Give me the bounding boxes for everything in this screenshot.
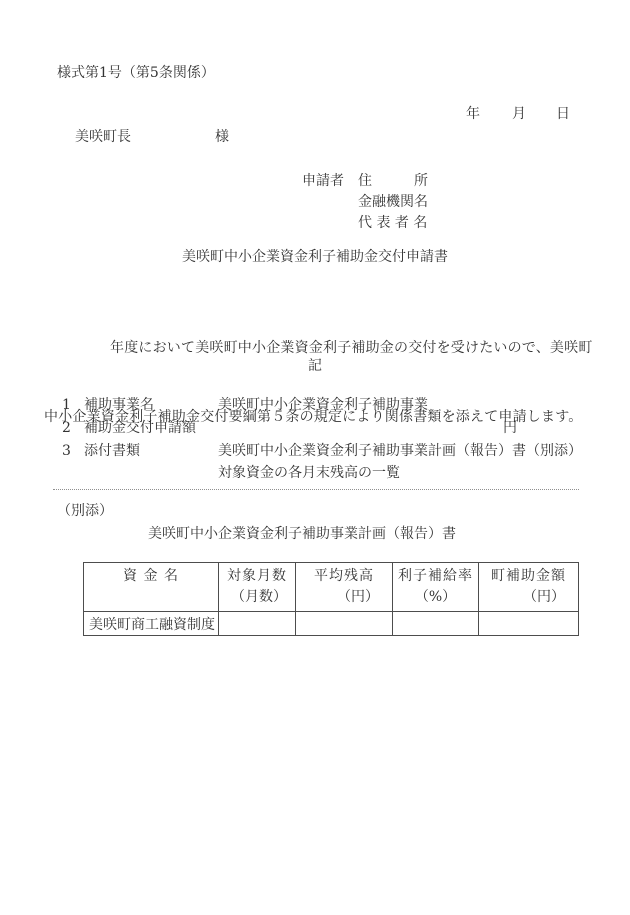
date-day-label: 日 — [556, 105, 570, 123]
col-header-interest-subsidy-rate: 利子補給率 （%） — [393, 563, 479, 612]
item-value-attached-document-1: 美咲町中小企業資金利子補助事業計画（報告）書（別添） — [218, 442, 582, 460]
document-title: 美咲町中小企業資金利子補助金交付申請書 — [0, 248, 630, 266]
col-header-interest-subsidy-rate-label: 利子補給率 — [393, 566, 478, 587]
list-heading: 記 — [0, 357, 630, 375]
item-label-application-amount: 補助金交付申請額 — [84, 419, 196, 437]
list-item-1: 1 補助事業名 美咲町中小企業資金利子補助事業 — [0, 396, 630, 416]
item-number: 1 — [62, 396, 71, 414]
date-year-label: 年 — [466, 105, 480, 123]
list-item-2: 2 補助金交付申請額 円 — [0, 419, 630, 439]
cell-fund-name: 美咲町商工融資制度 — [84, 612, 219, 636]
divider-dotted-line — [53, 489, 579, 490]
list-item-3: 3 添付書類 美咲町中小企業資金利子補助事業計画（報告）書（別添） — [0, 442, 630, 462]
col-header-target-months: 対象月数 （月数） — [219, 563, 296, 612]
item-value-subsidy-project-name: 美咲町中小企業資金利子補助事業 — [218, 396, 428, 414]
item-label-subsidy-project-name: 補助事業名 — [84, 396, 154, 414]
col-header-target-months-label: 対象月数 — [219, 566, 295, 587]
col-header-town-subsidy-amount-label: 町補助金額 — [479, 566, 578, 587]
cell-average-balance — [296, 612, 393, 636]
applicant-label: 申請者 — [302, 172, 344, 190]
col-header-town-subsidy-amount-unit: （円） — [479, 587, 578, 607]
item-number: 2 — [62, 419, 71, 437]
form-number-label: 様式第1号（第5条関係） — [57, 64, 215, 82]
document-page: 様式第1号（第5条関係） 年 月 日 美咲町長 様 申請者 住 所 金融機関名 … — [0, 0, 630, 915]
cell-interest-subsidy-rate — [393, 612, 479, 636]
col-header-average-balance: 平均残高 （円） — [296, 563, 393, 612]
col-header-fund-name: 資 金 名 — [84, 563, 219, 612]
addressee-name: 美咲町長 — [75, 128, 131, 146]
col-header-average-balance-unit: （円） — [296, 587, 392, 607]
col-header-town-subsidy-amount: 町補助金額 （円） — [479, 563, 579, 612]
date-month-label: 月 — [512, 105, 526, 123]
col-header-fund-name-label: 資 金 名 — [84, 566, 218, 587]
attachment-title: 美咲町中小企業資金利子補助事業計画（報告）書 — [0, 525, 604, 543]
col-header-average-balance-label: 平均残高 — [296, 566, 392, 587]
col-header-interest-subsidy-rate-unit: （%） — [393, 587, 478, 607]
list-item-3-continued: 対象資金の各月末残高の一覧 — [0, 464, 630, 484]
attachment-label: （別添） — [57, 502, 113, 520]
applicant-bank-name-label: 金融機関名 — [358, 193, 428, 211]
currency-unit-label: 円 — [503, 419, 517, 437]
table-header-row: 資 金 名 対象月数 （月数） 平均残高 （円） 利子補給率 （%） 町補助金額 — [84, 563, 579, 612]
item-value-attached-document-2: 対象資金の各月末残高の一覧 — [218, 464, 400, 482]
plan-report-table: 資 金 名 対象月数 （月数） 平均残高 （円） 利子補給率 （%） 町補助金額 — [83, 562, 579, 636]
item-label-attached-documents: 添付書類 — [84, 442, 140, 460]
applicant-representative-label: 代 表 者 名 — [358, 214, 427, 232]
item-number: 3 — [62, 442, 71, 460]
applicant-address-label: 住 所 — [358, 172, 428, 190]
col-header-target-months-unit: （月数） — [219, 587, 295, 607]
cell-town-subsidy-amount — [479, 612, 579, 636]
table-row: 美咲町商工融資制度 — [84, 612, 579, 636]
cell-target-months — [219, 612, 296, 636]
addressee-honorific: 様 — [215, 128, 229, 146]
